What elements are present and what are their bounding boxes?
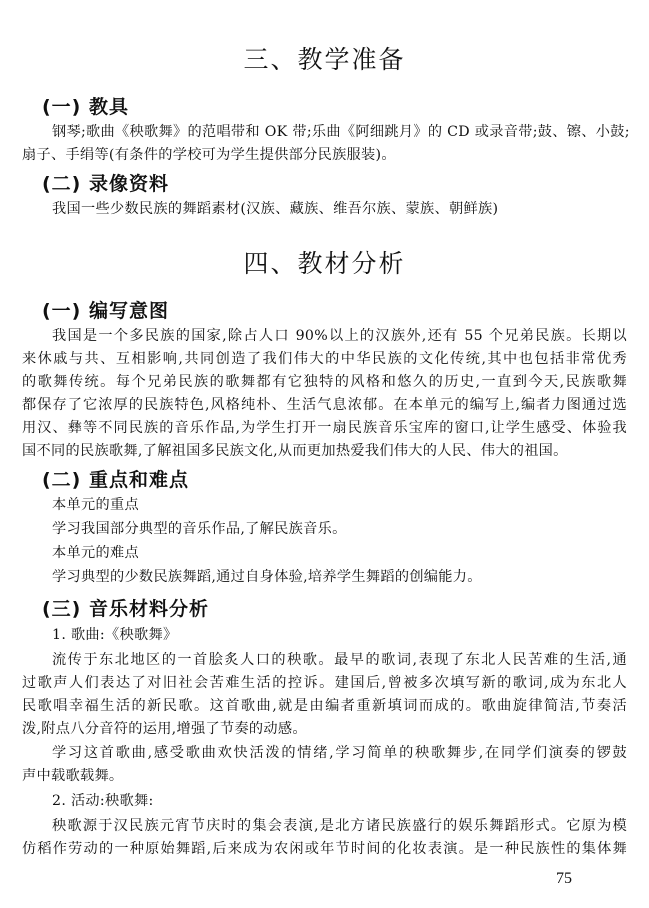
paragraph-line: 我国是一个多民族的国家,除占人口 90%以上的汉族外,还有 55 个兄弟民族。长…	[52, 325, 627, 347]
document-page: 三、教学准备 (一) 教具 钢琴;歌曲《秧歌舞》的范唱带和 OK 带;乐曲《阿细…	[0, 0, 649, 908]
paragraph-line: 钢琴;歌曲《秧歌舞》的范唱带和 OK 带;乐曲《阿细跳月》的 CD 或录音带;鼓…	[52, 121, 627, 143]
subheading-music-material-analysis: (三) 音乐材料分析	[42, 594, 209, 621]
paragraph-line: 用汉、彝等不同民族的音乐作品,为学生打开一扇民族音乐宝库的窗口,让学生感受、体验…	[22, 417, 627, 439]
item-label-activity: 2. 活动:秧歌舞:	[52, 790, 627, 812]
paragraph-line: 都保存了它浓厚的民族特色,风格纯朴、生活气息浓郁。在本单元的编写上,编者力图通过…	[22, 394, 627, 416]
subheading-video-materials: (二) 录像资料	[42, 169, 169, 196]
paragraph-line: 秧歌源于汉民族元宵节庆时的集会表演,是北方诸民族盛行的娱乐舞蹈形式。它原为模	[52, 815, 627, 837]
paragraph-line: 国不同的民族歌舞,了解祖国多民族文化,从而更加热爱我们伟大的人民、伟大的祖国。	[22, 440, 627, 462]
paragraph-line: 的歌舞传统。每个兄弟民族的歌舞都有它独特的风格和悠久的历史,一直到今天,民族歌舞	[22, 371, 627, 393]
label-difficult-point: 本单元的难点	[52, 542, 627, 564]
section-title-teaching-prep: 三、教学准备	[0, 40, 649, 76]
label-key-point: 本单元的重点	[52, 494, 627, 516]
section-title-material-analysis: 四、教材分析	[0, 244, 649, 280]
paragraph-line: 民歌唱幸福生活的新民歌。这首歌曲,就是由编者重新填词而成的。歌曲旋律简洁,节奏活	[22, 695, 627, 717]
page-number: 75	[556, 870, 572, 888]
paragraph-line: 过歌声人们表达了对旧社会苦难生活的控诉。建国后,曾被多次填写新的歌词,成为东北人	[22, 672, 627, 694]
paragraph-line: 学习我国部分典型的音乐作品,了解民族音乐。	[52, 518, 627, 540]
paragraph-line: 扇子、手绢等(有条件的学校可为学生提供部分民族服装)。	[22, 144, 627, 166]
subheading-writing-intent: (一) 编写意图	[42, 296, 169, 323]
subheading-key-points: (二) 重点和难点	[42, 465, 189, 492]
paragraph-line: 声中载歌载舞。	[22, 765, 627, 787]
paragraph-line: 泼,附点八分音符的运用,增强了节奏的动感。	[22, 718, 627, 740]
paragraph-line: 学习这首歌曲,感受歌曲欢快活泼的情绪,学习简单的秧歌舞步,在同学们演奏的锣鼓	[52, 742, 627, 764]
subheading-teaching-aids: (一) 教具	[42, 92, 129, 119]
paragraph-line: 仿稻作劳动的一种原始舞蹈,后来成为农闲或年节时间的化妆表演。是一种民族性的集体舞	[22, 838, 627, 860]
paragraph-line: 流传于东北地区的一首脍炙人口的秧歌。最早的歌词,表现了东北人民苦难的生活,通	[52, 649, 627, 671]
paragraph-line: 我国一些少数民族的舞蹈素材(汉族、藏族、维吾尔族、蒙族、朝鲜族)	[52, 198, 627, 220]
item-label-song: 1. 歌曲:《秧歌舞》	[52, 624, 627, 646]
paragraph-line: 来休戚与共、互相影响,共同创造了我们伟大的中华民族的文化传统,其中也包括非常优秀	[22, 348, 627, 370]
paragraph-line: 学习典型的少数民族舞蹈,通过自身体验,培养学生舞蹈的创编能力。	[52, 566, 627, 588]
